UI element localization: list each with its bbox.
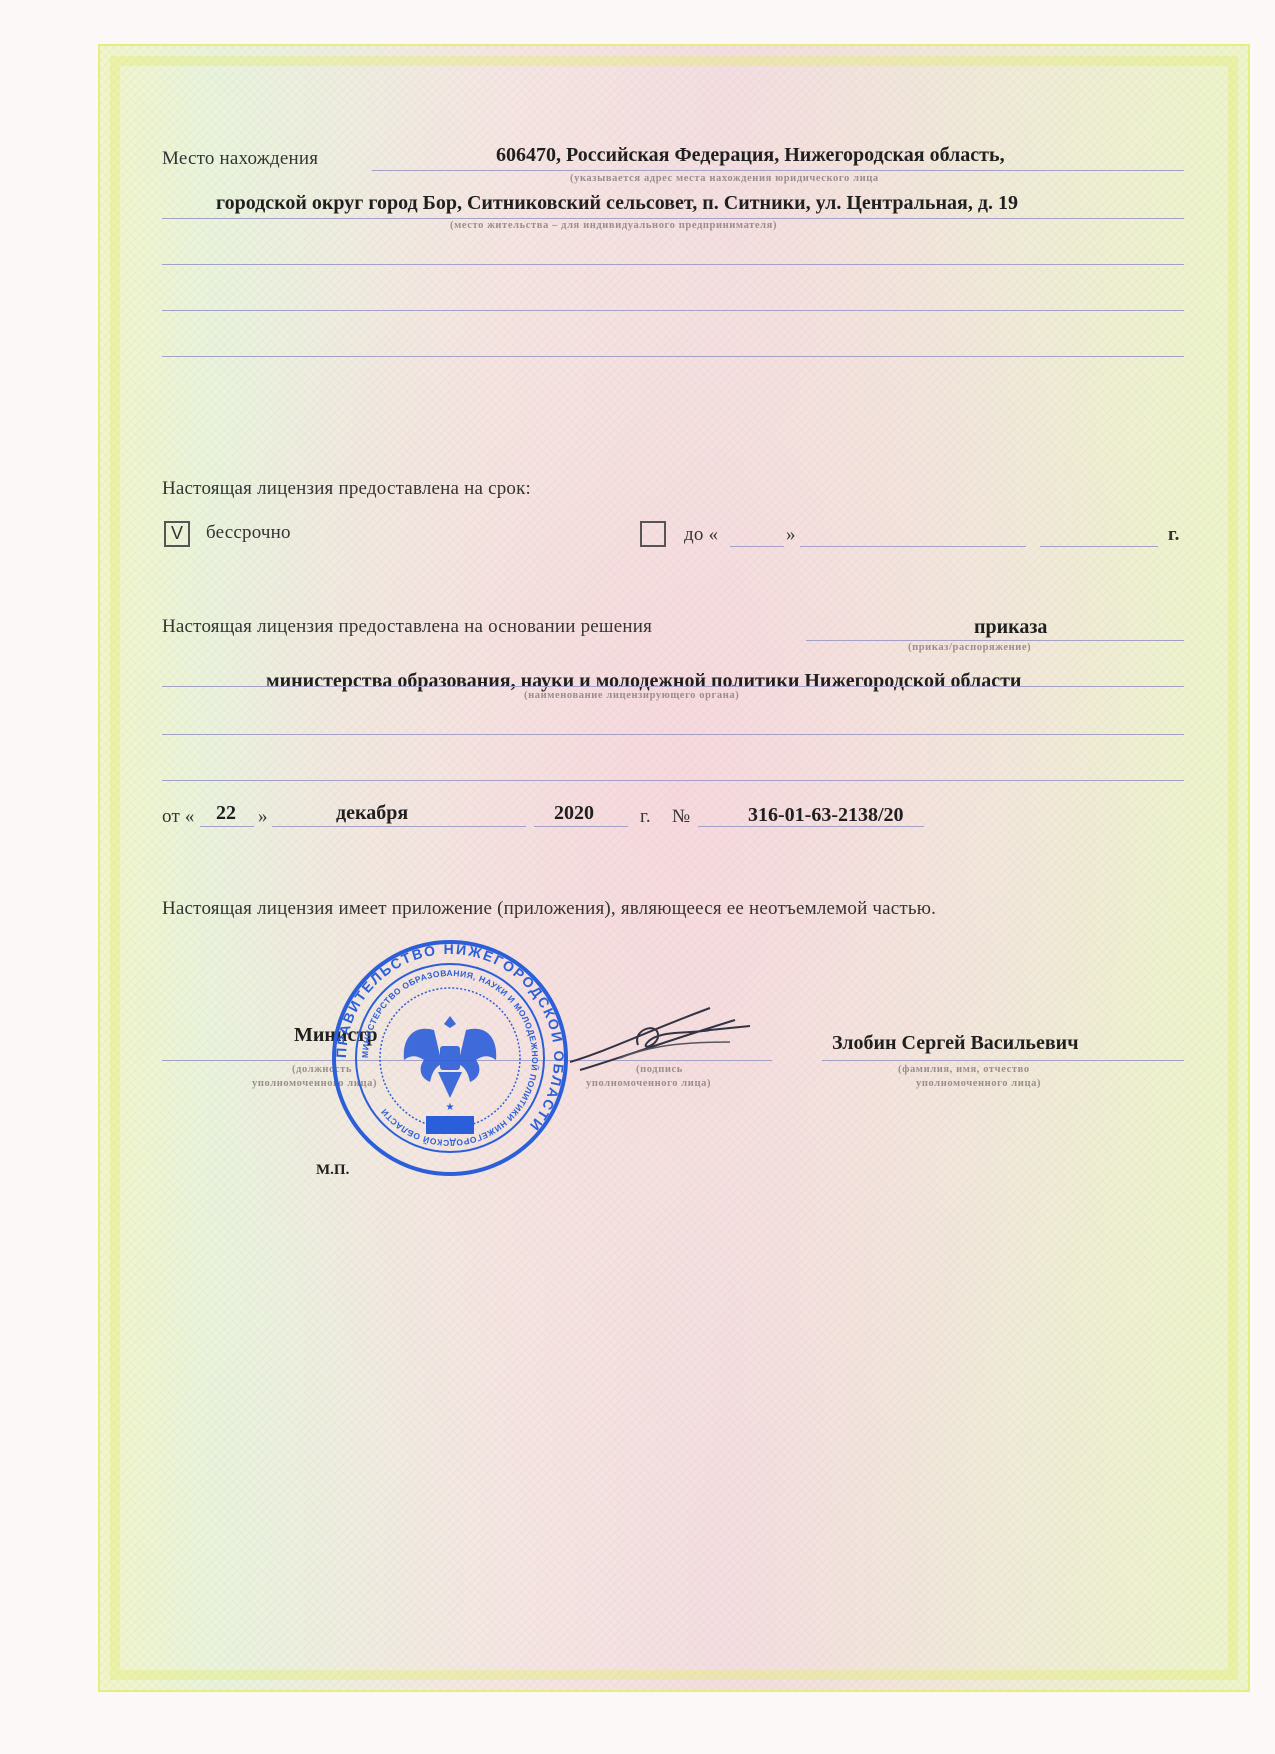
basis-type: приказа <box>974 616 1047 639</box>
svg-text:★: ★ <box>446 1102 455 1113</box>
name-hint-1: (фамилия, имя, отчество <box>898 1064 1030 1075</box>
basis-authority-hint: (наименование лицензирующего органа) <box>524 690 739 701</box>
date-year-rule <box>534 826 628 827</box>
date-year: 2020 <box>554 802 594 825</box>
location-hint-2: (место жительства – для индивидуального … <box>450 220 777 231</box>
location-rule-5 <box>162 356 1184 357</box>
basis-rule-2 <box>162 734 1184 735</box>
basis-authority-rule <box>162 686 1184 687</box>
until-close-quote: » <box>786 524 796 546</box>
until-year-rule <box>1040 546 1158 547</box>
location-rule-1 <box>372 170 1184 171</box>
until-checkbox[interactable] <box>640 521 666 547</box>
official-stamp-icon: ПРАВИТЕЛЬСТВО НИЖЕГОРОДСКОЙ ОБЛАСТИ МИНИ… <box>330 938 570 1178</box>
guilloche-background <box>100 46 1248 1690</box>
location-rule-2 <box>162 218 1184 219</box>
location-line-1: 606470, Российская Федерация, Нижегородс… <box>496 144 1005 167</box>
date-number: 316-01-63-2138/20 <box>748 804 904 827</box>
indefinite-checkbox[interactable]: V <box>164 521 190 547</box>
date-month-rule <box>272 826 526 827</box>
until-day-rule <box>730 546 784 547</box>
date-from-label: от « <box>162 806 195 828</box>
name-hint-2: уполномоченного лица) <box>916 1078 1041 1089</box>
date-close-quote: » <box>258 806 268 828</box>
location-line-2: городской округ город Бор, Ситниковский … <box>216 192 1018 215</box>
date-year-suffix: г. <box>640 806 651 828</box>
date-number-sign: № <box>672 806 690 828</box>
license-sheet <box>98 44 1250 1692</box>
date-day-rule <box>200 826 254 827</box>
basis-rule-3 <box>162 780 1184 781</box>
location-rule-3 <box>162 264 1184 265</box>
indefinite-label: бессрочно <box>206 522 291 544</box>
basis-label: Настоящая лицензия предоставлена на осно… <box>162 616 652 638</box>
date-day: 22 <box>216 802 236 825</box>
term-label: Настоящая лицензия предоставлена на срок… <box>162 478 531 500</box>
basis-type-rule <box>806 640 1184 641</box>
until-year-suffix: г. <box>1168 524 1180 546</box>
until-label: до « <box>684 524 718 546</box>
location-label: Место нахождения <box>162 148 318 170</box>
name-rule <box>822 1060 1184 1061</box>
date-number-rule <box>698 826 924 827</box>
date-month: декабря <box>336 802 408 825</box>
location-rule-4 <box>162 310 1184 311</box>
location-hint-1: (указывается адрес места нахождения юрид… <box>570 173 879 184</box>
appendix-note: Настоящая лицензия имеет приложение (при… <box>162 898 936 920</box>
signature-icon <box>560 1000 760 1080</box>
signer-name: Злобин Сергей Васильевич <box>832 1032 1078 1055</box>
basis-type-hint: (приказ/распоряжение) <box>908 642 1031 653</box>
until-month-rule <box>800 546 1026 547</box>
